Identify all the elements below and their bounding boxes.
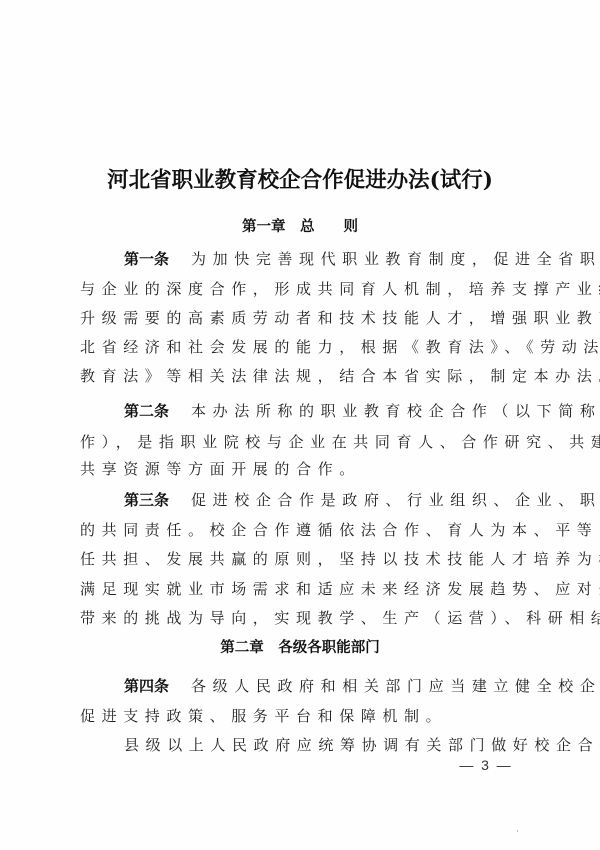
article-1-line-4: 北省经济和社会发展的能力，根据《教育法》、《劳动法》、《职业 xyxy=(80,336,520,358)
article-label: 第一条 xyxy=(124,250,169,268)
article-2-line-1: 第二条本办法所称的职业教育校企合作（以下简称校企合 xyxy=(124,400,520,422)
article-3-line-3: 任共担、发展共赢的原则，坚持以技术技能人才培养为核心，以 xyxy=(80,548,520,570)
article-label: 第二条 xyxy=(124,402,169,420)
article-4-line-2: 促进支持政策、服务平台和保障机制。 xyxy=(80,705,520,727)
page-number: — 3 — xyxy=(455,755,515,775)
article-text: 促进校企合作是政府、行业组织、企业、职业院校 xyxy=(191,491,600,509)
article-3-line-4: 满足现实就业市场需求和适应未来经济发展趋势、应对全球经济 xyxy=(80,578,520,600)
article-3-line-1: 第三条促进校企合作是政府、行业组织、企业、职业院校 xyxy=(124,489,520,511)
document-title: 河北省职业教育校企合作促进办法(试行) xyxy=(100,166,500,196)
article-1-line-1: 第一条为加快完善现代职业教育制度，促进全省职业院校 xyxy=(124,248,520,270)
article-1-line-2: 与企业的深度合作，形成共同育人机制，培养支撑产业结构转型 xyxy=(80,278,520,300)
paragraph-line: 县级以上人民政府应统筹协调有关部门做好校企合作的规 xyxy=(124,734,520,756)
article-label: 第三条 xyxy=(124,491,169,509)
article-4-line-1: 第四条各级人民政府和相关部门应当建立健全校企合作的 xyxy=(124,675,520,697)
article-text: 本办法所称的职业教育校企合作（以下简称校企合 xyxy=(191,402,600,420)
article-3-line-5: 带来的挑战为导向，实现教学、生产（运营）、科研相结合。 xyxy=(80,607,520,629)
article-2-line-2: 作），是指职业院校与企业在共同育人、合作研究、共建机构、 xyxy=(80,431,520,453)
document-page: 河北省职业教育校企合作促进办法(试行) 第一章 总 则 第一条为加快完善现代职业… xyxy=(0,0,600,850)
scan-speck xyxy=(517,830,518,832)
article-1-line-5: 教育法》等相关法律法规，结合本省实际，制定本办法。 xyxy=(80,365,520,387)
article-text: 各级人民政府和相关部门应当建立健全校企合作的 xyxy=(191,677,600,695)
article-1-line-3: 升级需要的高素质劳动者和技术技能人才，增强职业教育服务河 xyxy=(80,307,520,329)
article-3-line-2: 的共同责任。校企合作遵循依法合作、育人为本、平等自愿、责 xyxy=(80,519,520,541)
article-text: 为加快完善现代职业教育制度，促进全省职业院校 xyxy=(191,250,600,268)
chapter-heading-1: 第一章 总 则 xyxy=(80,216,520,238)
article-2-line-3: 共享资源等方面开展的合作。 xyxy=(80,458,520,480)
article-label: 第四条 xyxy=(124,677,169,695)
chapter-heading-2: 第二章 各级各职能部门 xyxy=(80,637,520,659)
